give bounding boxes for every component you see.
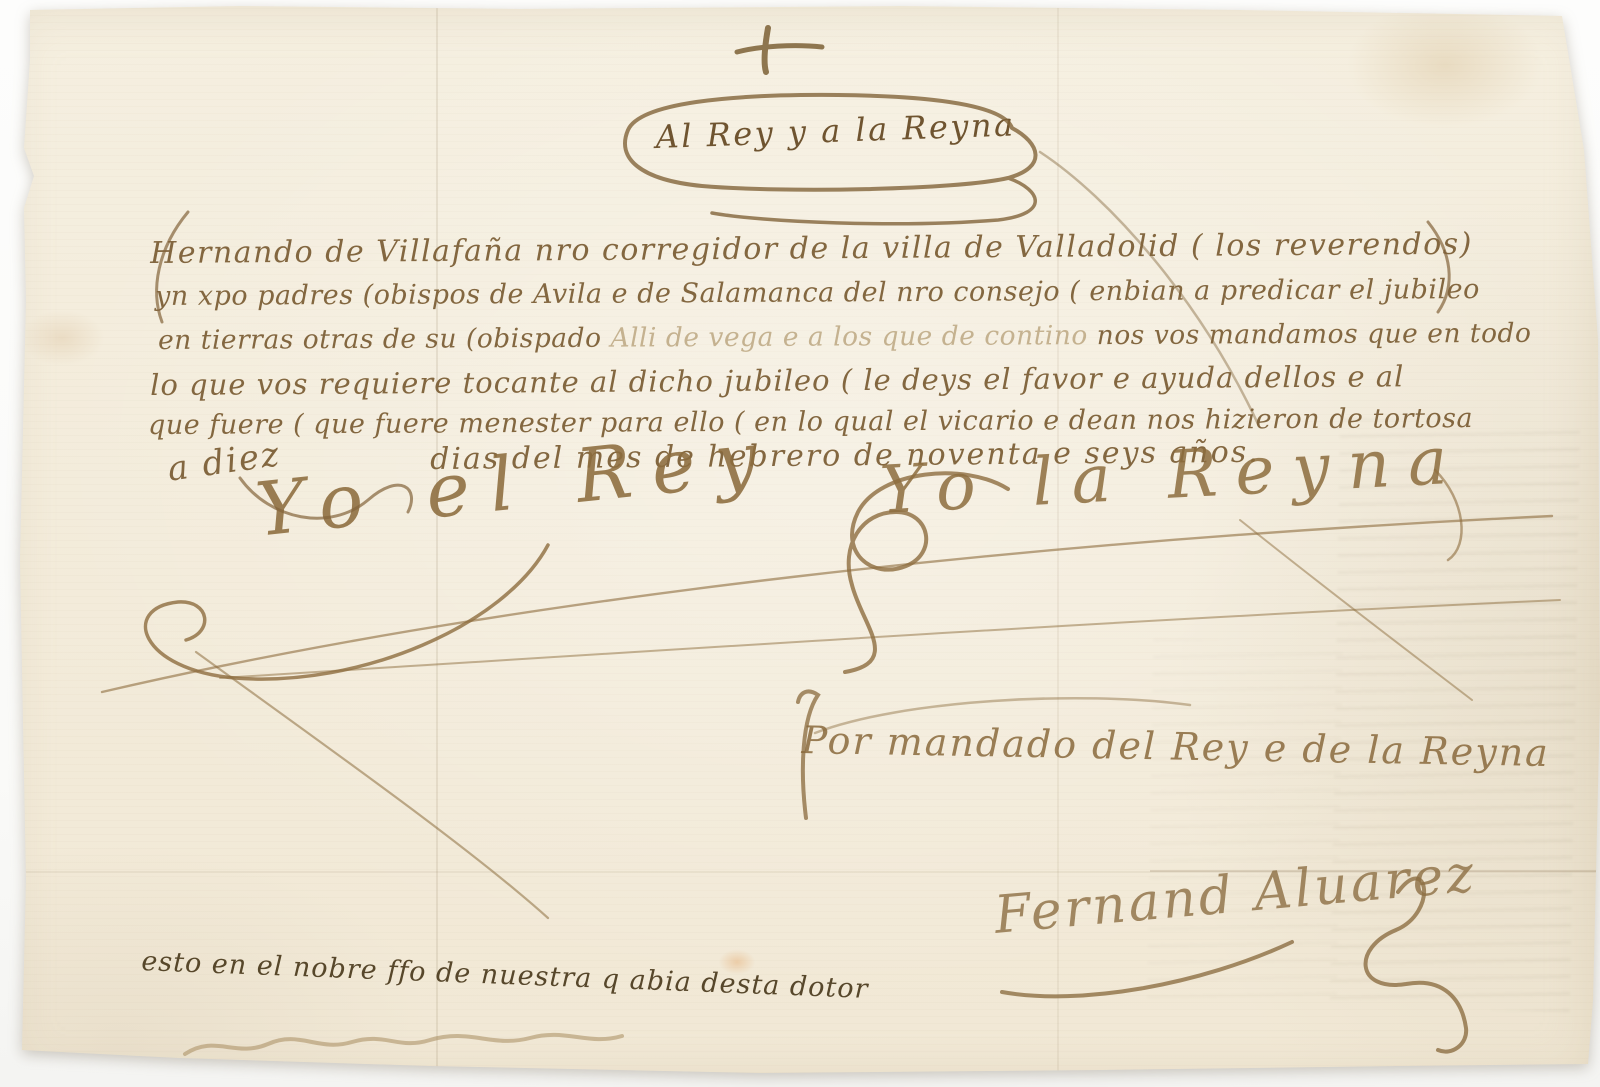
body-line-3-end: nos vos mandamos que en todo <box>1097 318 1532 351</box>
verso-ink-showthrough-small <box>1147 638 1343 1001</box>
body-line-1: Hernando de Villafaña nro corregidor de … <box>150 227 1473 271</box>
body-line-3-start: en tierras otras de su (obispado <box>158 323 610 356</box>
address-line: Al Rey y a la Reyna <box>655 105 1016 156</box>
body-line-3-faded: Alli de vega e a los que de contino <box>610 320 1096 354</box>
body-line-4: lo que vos requiere tocante al dicho jub… <box>150 359 1404 402</box>
bottom-left-note: esto en el nobre ffo de nuestra q abia d… <box>141 946 869 1005</box>
manuscript-paper: Al Rey y a la Reyna Hernando de Villafañ… <box>0 0 1600 1087</box>
verso-ink-showthrough <box>1330 418 1580 1012</box>
cross-mark <box>737 28 822 72</box>
body-line-3: en tierras otras de su (obispado Alli de… <box>158 318 1531 356</box>
vertical-fold-crease-left <box>436 0 438 1087</box>
trimmed-bottom-line <box>185 1035 622 1054</box>
photo-background: Al Rey y a la Reyna Hernando de Villafañ… <box>0 0 1600 1087</box>
body-line-2: yn xpo padres (obispos de Avila e de Sal… <box>155 274 1480 312</box>
paper-shadow: Al Rey y a la Reyna Hernando de Villafañ… <box>0 0 1600 1087</box>
